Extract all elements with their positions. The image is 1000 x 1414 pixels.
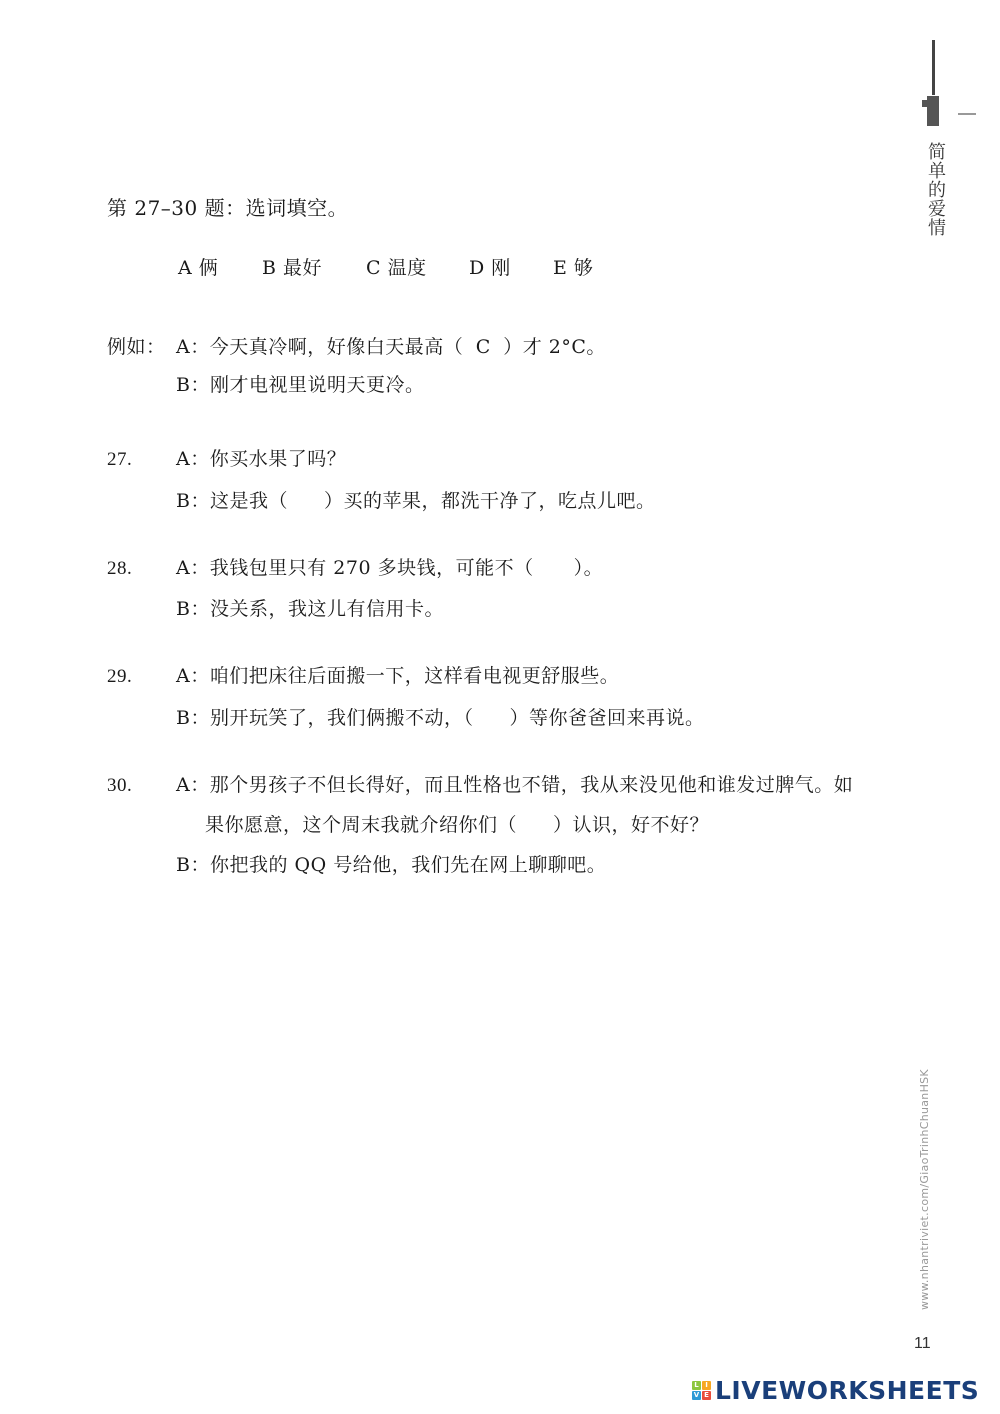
- word-bank-b: B 最好: [262, 259, 322, 278]
- example-label: 例如：: [107, 338, 166, 357]
- q29-line-b: B：别开玩笑了，我们俩搬不动，（）等你爸爸回来再说。: [176, 709, 704, 728]
- q27-line-a: A：你买水果了吗？: [176, 450, 346, 469]
- example-line-a: A：今天真冷啊，好像白天最高（C）才 2°C。: [176, 338, 606, 357]
- question-number-27: 27.: [107, 450, 132, 469]
- word-bank-d: D 刚: [469, 259, 511, 278]
- q28-line-a: A：我钱包里只有 270 多块钱，可能不（）。: [176, 559, 603, 578]
- q30-line-b: B：你把我的 QQ 号给他，我们先在网上聊聊吧。: [176, 856, 606, 875]
- word-bank-c: C 温度: [366, 259, 427, 278]
- divider: [958, 113, 976, 115]
- q27-line-b: B：这是我（）买的苹果，都洗干净了，吃点儿吧。: [176, 492, 655, 511]
- q29-line-a: A：咱们把床往后面搬一下，这样看电视更舒服些。: [176, 667, 619, 686]
- example-line-b: B：刚才电视里说明天更冷。: [176, 376, 424, 395]
- lesson-number-glyph: [927, 96, 939, 126]
- lesson-tab-bar: [932, 40, 935, 95]
- question-number-30: 30.: [107, 776, 132, 795]
- q30-line-a2: 果你愿意，这个周末我就介绍你们（）认识，好不好？: [205, 816, 709, 835]
- instructions: 第 27–30 题：选词填空。: [107, 198, 348, 218]
- word-bank-e: E 够: [553, 259, 593, 278]
- publisher-url: www.nhantriviet.com/GiaoTrinhChuanHSK: [918, 1069, 931, 1310]
- q30-line-a1: A：那个男孩子不但长得好，而且性格也不错，我从来没见他和谁发过脾气。如: [176, 776, 853, 795]
- page-number: 11: [914, 1335, 931, 1353]
- question-number-29: 29.: [107, 667, 132, 686]
- example-answer: C: [463, 338, 503, 357]
- question-number-28: 28.: [107, 559, 132, 578]
- live-badge-icon: L I V E: [692, 1381, 711, 1400]
- lesson-title: 简单的爱情: [921, 142, 945, 237]
- word-bank-a: A 俩: [178, 259, 218, 278]
- logo-text: LIVEWORKSHEETS: [715, 1376, 979, 1405]
- q28-line-b: B：没关系，我这儿有信用卡。: [176, 600, 444, 619]
- liveworksheets-logo: L I V E LIVEWORKSHEETS: [692, 1376, 979, 1405]
